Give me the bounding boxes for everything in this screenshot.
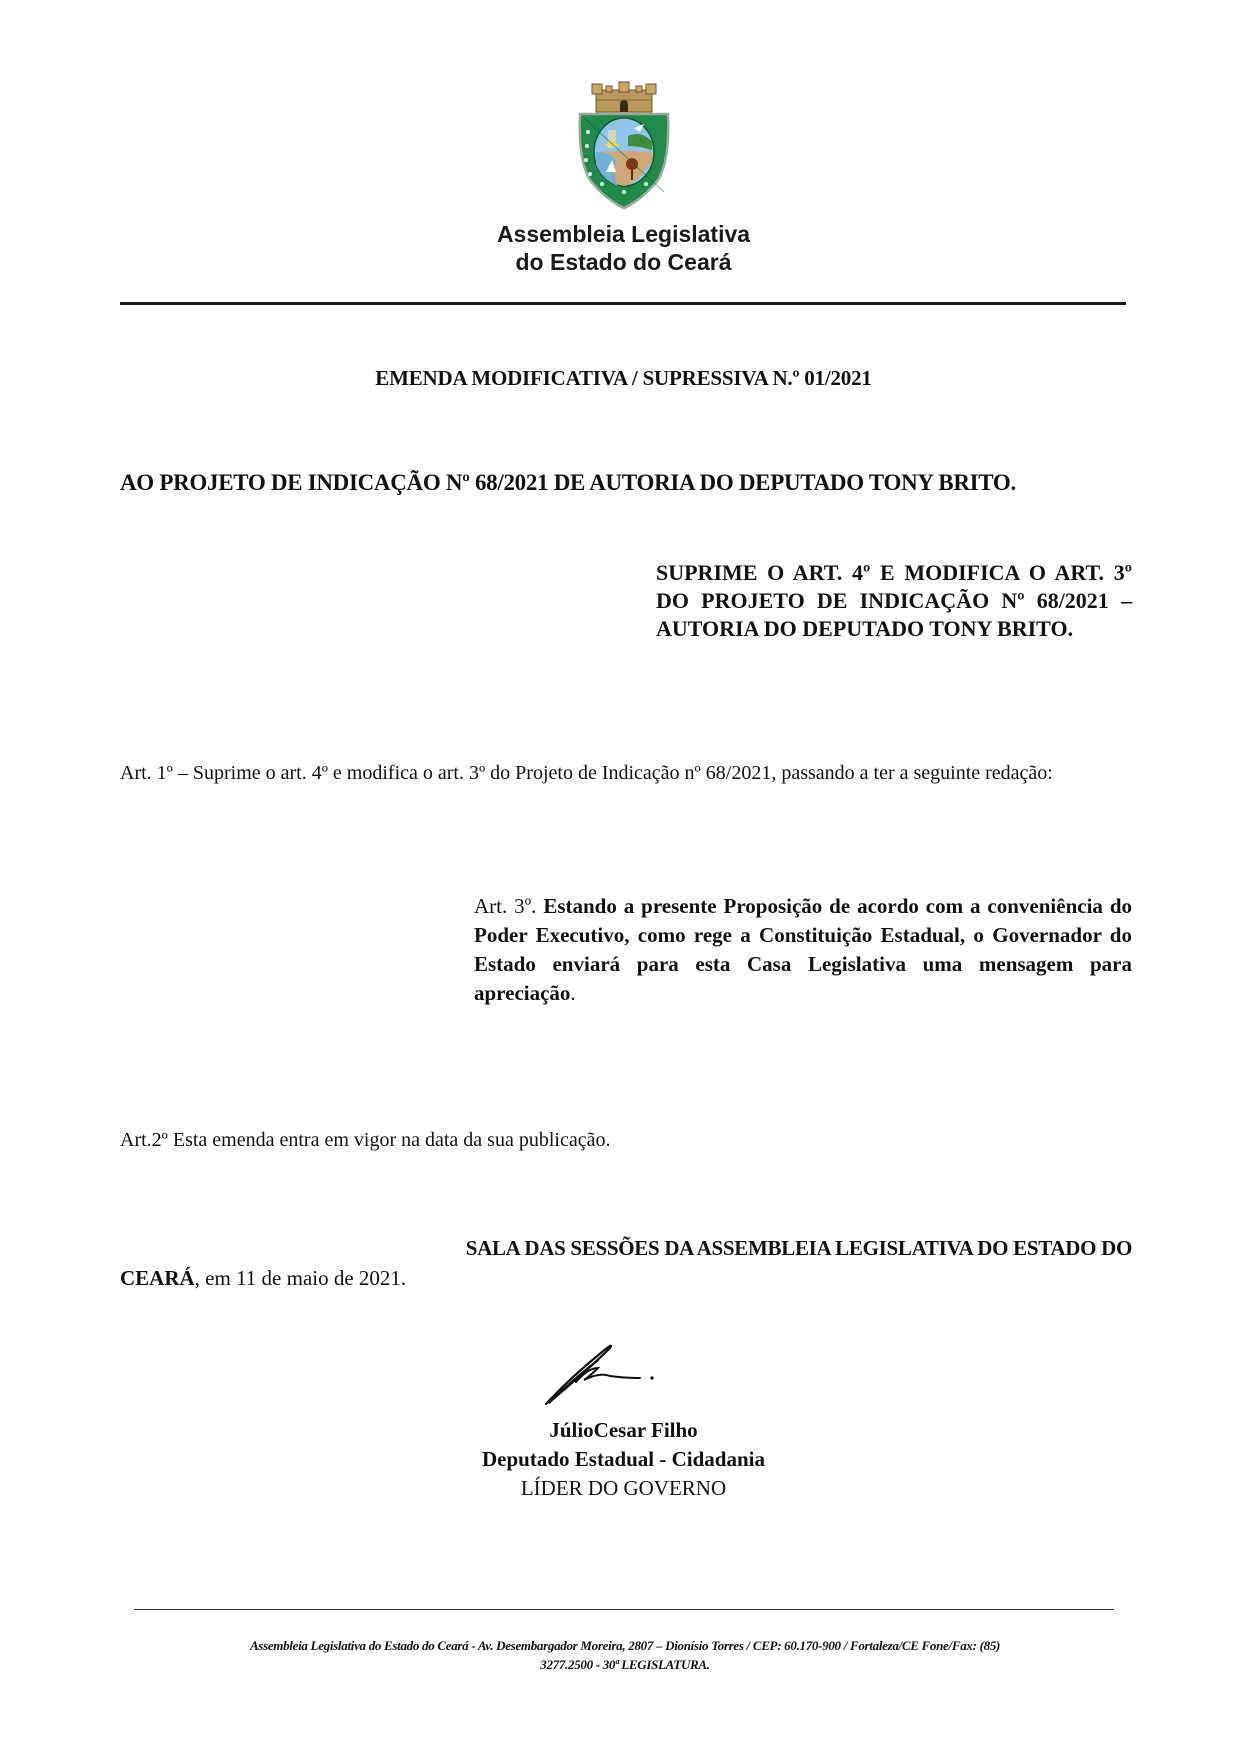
article-3-end: . — [570, 981, 575, 1005]
org-line-1: Assembleia Legislativa — [0, 220, 1247, 248]
organization-name: Assembleia Legislativa do Estado do Cear… — [0, 220, 1247, 276]
closing-state: CEARÁ — [120, 1266, 195, 1290]
session-room-closing: SALA DAS SESSÕES DA ASSEMBLEIA LEGISLATI… — [120, 1233, 1132, 1293]
signer-role: Deputado Estadual - Cidadania — [0, 1445, 1247, 1474]
header-divider — [120, 302, 1126, 305]
ceara-coat-of-arms-icon — [572, 80, 676, 210]
footer-divider — [134, 1609, 1114, 1610]
document-subject: AO PROJETO DE INDICAÇÃO Nº 68/2021 DE AU… — [120, 470, 1130, 496]
footer-line-2: 3277.2500 - 30ª LEGISLATURA. — [120, 1655, 1130, 1674]
article-3-label: Art. 3º. — [474, 894, 536, 918]
org-line-2: do Estado do Ceará — [0, 248, 1247, 276]
signer-title: LÍDER DO GOVERNO — [0, 1474, 1247, 1503]
footer-address: Assembleia Legislativa do Estado do Cear… — [120, 1636, 1130, 1674]
signer-block: JúlioCesar Filho Deputado Estadual - Cid… — [0, 1416, 1247, 1503]
closing-date: , em 11 de maio de 2021. — [195, 1266, 407, 1290]
footer-line-1: Assembleia Legislativa do Estado do Cear… — [120, 1636, 1130, 1655]
article-3-new-text: Art. 3º. Estando a presente Proposição d… — [474, 892, 1132, 1008]
document-title: EMENDA MODIFICATIVA / SUPRESSIVA N.º 01/… — [0, 366, 1247, 391]
article-1: Art. 1º – Suprime o art. 4º e modifica o… — [120, 759, 1132, 787]
ementa: SUPRIME O ART. 4º E MODIFICA O ART. 3º D… — [656, 559, 1132, 643]
article-2: Art.2º Esta emenda entra em vigor na dat… — [120, 1126, 1132, 1154]
handwritten-signature-icon — [540, 1338, 670, 1408]
closing-line-1: SALA DAS SESSÕES DA ASSEMBLEIA LEGISLATI… — [120, 1233, 1132, 1263]
signer-name: JúlioCesar Filho — [0, 1416, 1247, 1445]
